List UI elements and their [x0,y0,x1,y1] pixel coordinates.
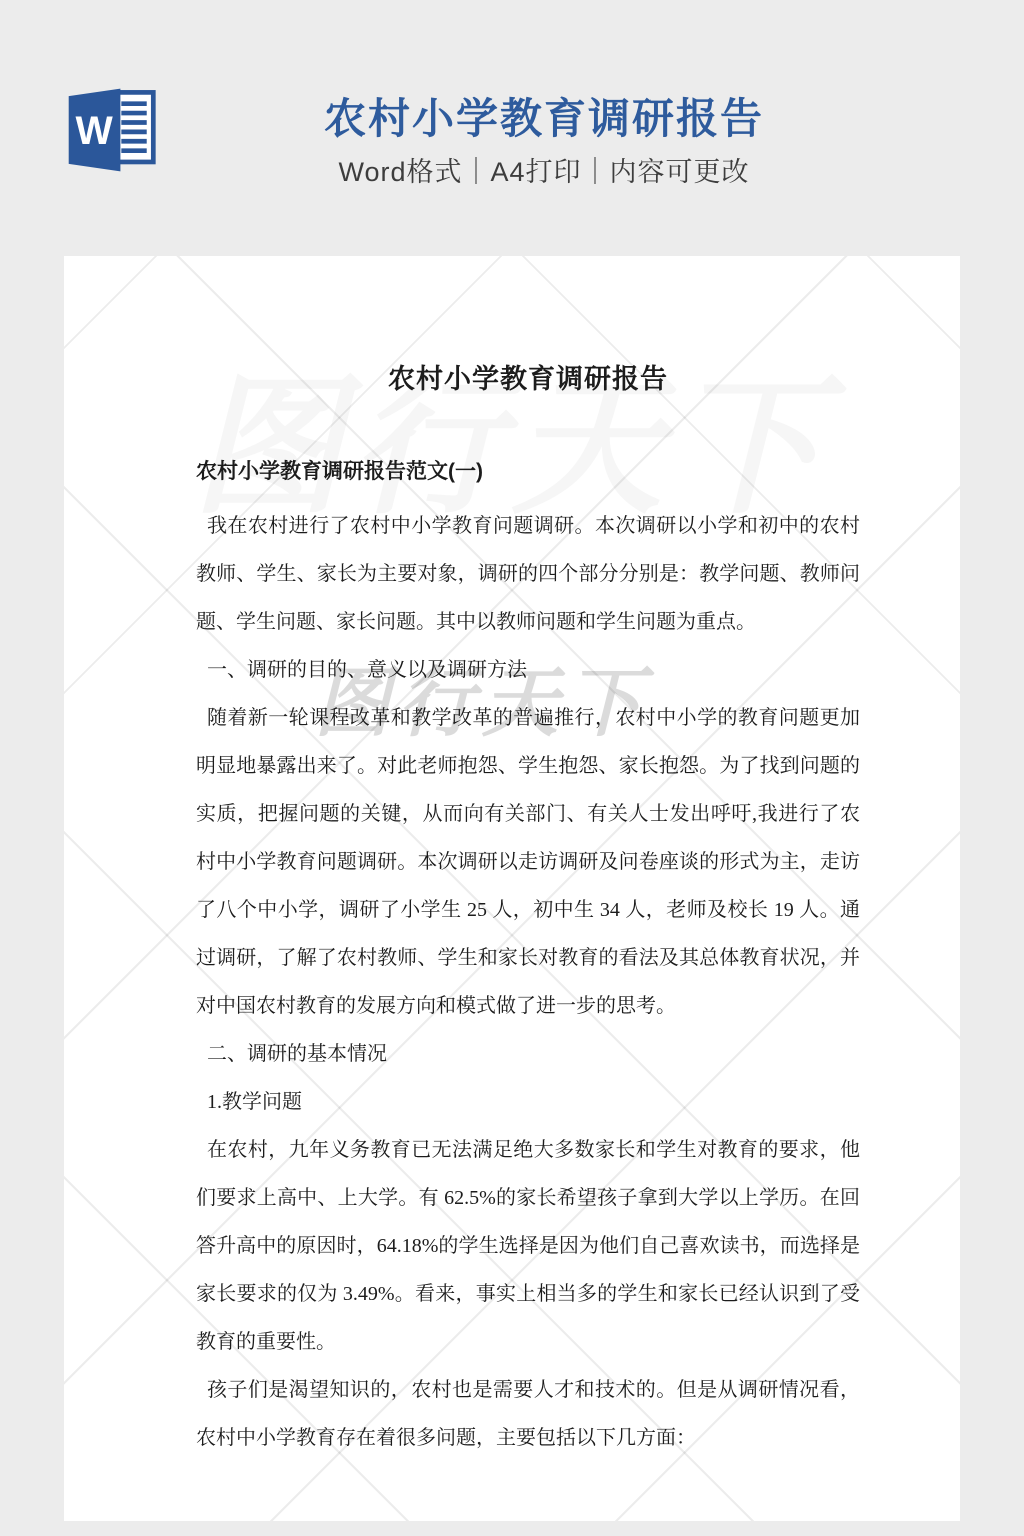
sub-heading: 1.教学问题 [196,1078,860,1126]
section-heading: 二、调研的基本情况 [196,1030,860,1078]
document-content: 农村小学教育调研报告 农村小学教育调研报告范文(一) 我在农村进行了农村中小学教… [64,256,960,1462]
paragraph: 随着新一轮课程改革和教学改革的普遍推行，农村中小学的教育问题更加明显地暴露出来了… [196,694,860,1030]
background-bottom-strip [0,1521,1024,1536]
paragraph: 在农村，九年义务教育已无法满足绝大多数家长和学生对教育的要求，他们要求上高中、上… [196,1126,860,1366]
document-title: 农村小学教育调研报告 [196,362,860,396]
paragraph: 孩子们是渴望知识的，农村也是需要人才和技术的。但是从调研情况看，农村中小学教育存… [196,1366,860,1462]
document-subheading: 农村小学教育调研报告范文(一) [196,456,860,488]
document-page: 图行天下 图行天下 农村小学教育调研报告 农村小学教育调研报告范文(一) 我在农… [64,256,960,1521]
template-preview-page: W 农村小学教育调研报告 Word格式｜A4打印｜内容可更改 图行天下 图行天下… [0,0,1024,1536]
section-heading: 一、调研的目的、意义以及调研方法 [196,646,860,694]
header-titles: 农村小学教育调研报告 Word格式｜A4打印｜内容可更改 [96,0,992,188]
header-subtitle: Word格式｜A4打印｜内容可更改 [96,156,992,188]
paragraph: 我在农村进行了农村中小学教育问题调研。本次调研以小学和初中的农村教师、学生、家长… [196,502,860,646]
header-title: 农村小学教育调研报告 [96,94,992,144]
header-banner: W 农村小学教育调研报告 Word格式｜A4打印｜内容可更改 [0,0,1024,256]
document-body: 我在农村进行了农村中小学教育问题调研。本次调研以小学和初中的农村教师、学生、家长… [196,502,860,1462]
